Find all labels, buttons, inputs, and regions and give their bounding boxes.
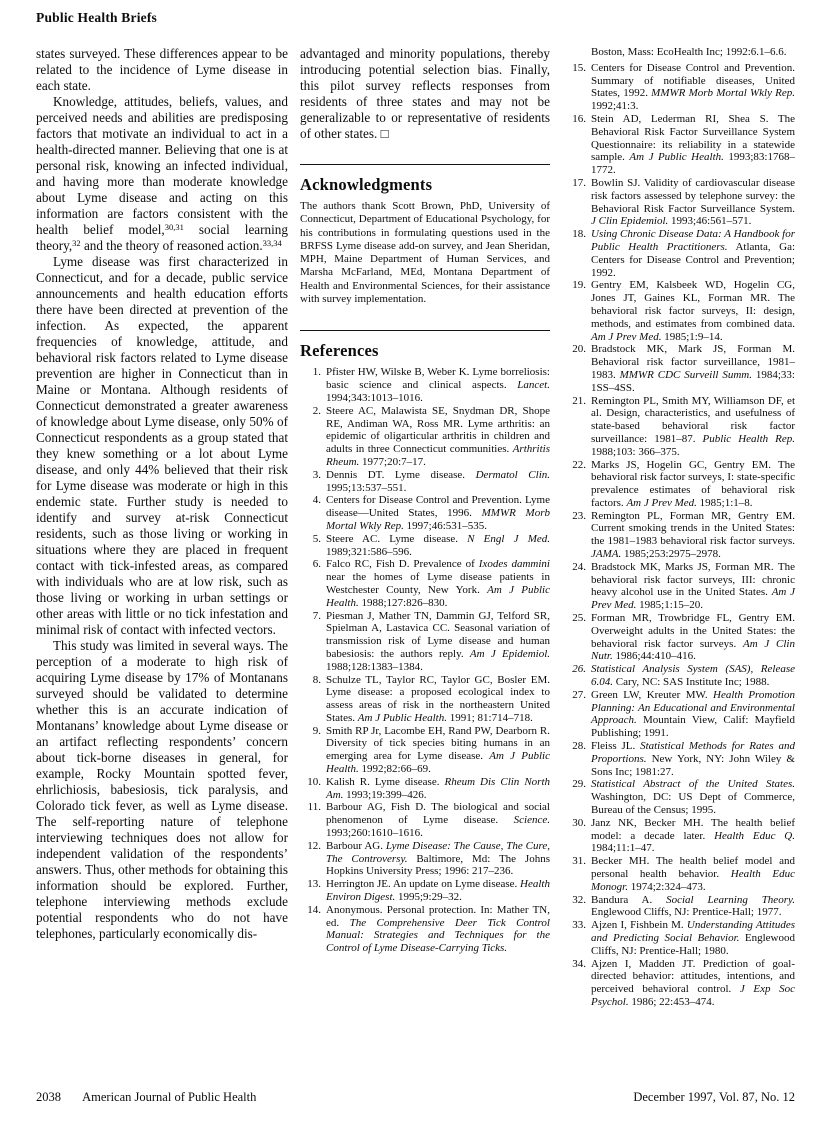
reference-number: 11. (300, 801, 326, 839)
reference-number: 5. (300, 533, 326, 559)
reference-text: Statistical Abstract of the United State… (591, 778, 795, 816)
reference-number: 27. (565, 689, 591, 740)
reference-text: Remington PL, Forman MR, Gentry EM. Curr… (591, 510, 795, 561)
reference-item: 9.Smith RP Jr, Lacombe EH, Rand PW, Dear… (300, 725, 550, 776)
page-number: 2038 (36, 1090, 61, 1104)
reference-text: Anonymous. Personal protection. In: Math… (326, 904, 550, 955)
reference-text: Pfister HW, Wilske B, Weber K. Lyme borr… (326, 366, 550, 404)
reference-item: 3.Dennis DT. Lyme disease. Dermatol Clin… (300, 469, 550, 495)
reference-number: 4. (300, 494, 326, 532)
reference-item: 2.Steere AC, Malawista SE, Snydman DR, S… (300, 405, 550, 469)
reference-item: 29.Statistical Abstract of the United St… (565, 778, 795, 816)
reference-number: 6. (300, 558, 326, 609)
journal-name: American Journal of Public Health (82, 1090, 256, 1104)
section-divider (300, 330, 550, 331)
section-divider (300, 164, 550, 165)
column-2: advantaged and minority populations, the… (300, 46, 550, 955)
journal-page: Public Health Briefs states surveyed. Th… (0, 0, 816, 1133)
reference-number: 23. (565, 510, 591, 561)
reference-text: Centers for Disease Control and Preventi… (326, 494, 550, 532)
reference-item: 11.Barbour AG, Fish D. The biological an… (300, 801, 550, 839)
reference-number: 15. (565, 62, 591, 113)
reference-item: 23.Remington PL, Forman MR, Gentry EM. C… (565, 510, 795, 561)
reference-number: 2. (300, 405, 326, 469)
acknowledgments-text: The authors thank Scott Brown, PhD, Univ… (300, 200, 550, 306)
reference-text: Schulze TL, Taylor RC, Taylor GC, Bosler… (326, 674, 550, 725)
reference-item: 6.Falco RC, Fish D. Prevalence of Ixodes… (300, 558, 550, 609)
reference-text: Falco RC, Fish D. Prevalence of Ixodes d… (326, 558, 550, 609)
reference-number: 22. (565, 459, 591, 510)
reference-item: 25.Forman MR, Trowbridge FL, Gentry EM. … (565, 612, 795, 663)
page-footer: 2038 American Journal of Public Health D… (36, 1090, 795, 1105)
reference-item: 7.Piesman J, Mather TN, Dammin GJ, Telfo… (300, 610, 550, 674)
reference-text: Green LW, Kreuter MW. Health Promotion P… (591, 689, 795, 740)
reference-text: Bandura A. Social Learning Theory. Engle… (591, 894, 795, 920)
references-heading: References (300, 341, 550, 361)
reference-item: 27.Green LW, Kreuter MW. Health Promotio… (565, 689, 795, 740)
issue-info: December 1997, Vol. 87, No. 12 (633, 1090, 795, 1105)
reference-text: Using Chronic Disease Data: A Handbook f… (591, 228, 795, 279)
reference-text: Herrington JE. An update on Lyme disease… (326, 878, 550, 904)
reference-number: 10. (300, 776, 326, 802)
reference-item: 10.Kalish R. Lyme disease. Rheum Dis Cli… (300, 776, 550, 802)
reference-number: 24. (565, 561, 591, 612)
reference-number: 18. (565, 228, 591, 279)
reference-text: Bowlin SJ. Validity of cardiovascular di… (591, 177, 795, 228)
reference-text: Marks JS, Hogelin GC, Gentry EM. The beh… (591, 459, 795, 510)
reference-text: Steere AC. Lyme disease. N Engl J Med. 1… (326, 533, 550, 559)
reference-number: 9. (300, 725, 326, 776)
reference-text: Remington PL, Smith MY, Williamson DF, e… (591, 395, 795, 459)
paragraph: states surveyed. These differences appea… (36, 46, 288, 94)
reference-number: 25. (565, 612, 591, 663)
content-columns: states surveyed. These differences appea… (36, 46, 795, 1009)
reference-number: 21. (565, 395, 591, 459)
reference-text: Centers for Disease Control and Preventi… (591, 62, 795, 113)
paragraph: This study was limited in several ways. … (36, 638, 288, 942)
reference-number: 8. (300, 674, 326, 725)
reference-item: 21.Remington PL, Smith MY, Williamson DF… (565, 395, 795, 459)
reference-number: 19. (565, 279, 591, 343)
reference-list-1: 1.Pfister HW, Wilske B, Weber K. Lyme bo… (300, 366, 550, 955)
reference-number: 16. (565, 113, 591, 177)
reference-text: Ajzen I, Fishbein M. Understanding Attit… (591, 919, 795, 957)
reference-item: 15.Centers for Disease Control and Preve… (565, 62, 795, 113)
reference-number: 3. (300, 469, 326, 495)
reference-item: 28.Fleiss JL. Statistical Methods for Ra… (565, 740, 795, 778)
reference-item: 8.Schulze TL, Taylor RC, Taylor GC, Bosl… (300, 674, 550, 725)
reference-number: 12. (300, 840, 326, 878)
reference-item: 16.Stein AD, Lederman RI, Shea S. The Be… (565, 113, 795, 177)
column-1: states surveyed. These differences appea… (36, 46, 288, 942)
reference-number: 20. (565, 343, 591, 394)
reference-item: 24.Bradstock MK, Marks JS, Forman MR. Th… (565, 561, 795, 612)
reference-number: 34. (565, 958, 591, 1009)
reference-text: Steere AC, Malawista SE, Snydman DR, Sho… (326, 405, 550, 469)
reference-number: 14. (300, 904, 326, 955)
reference-text: Becker MH. The health belief model and p… (591, 855, 795, 893)
column-3: Boston, Mass: EcoHealth Inc; 1992:6.1–6.… (565, 46, 795, 1009)
reference-item: 13.Herrington JE. An update on Lyme dise… (300, 878, 550, 904)
reference-item: 14.Anonymous. Personal protection. In: M… (300, 904, 550, 955)
reference-number: 17. (565, 177, 591, 228)
reference-text: Forman MR, Trowbridge FL, Gentry EM. Ove… (591, 612, 795, 663)
reference-item: 22.Marks JS, Hogelin GC, Gentry EM. The … (565, 459, 795, 510)
reference-item: 34.Ajzen I, Madden JT. Prediction of goa… (565, 958, 795, 1009)
reference-item: 12.Barbour AG. Lyme Disease: The Cause, … (300, 840, 550, 878)
reference-list-2: 15.Centers for Disease Control and Preve… (565, 62, 795, 1009)
footer-left: 2038 American Journal of Public Health (36, 1090, 256, 1105)
reference-text: Gentry EM, Kalsbeek WD, Hogelin CG, Jone… (591, 279, 795, 343)
reference-text: Statistical Analysis System (SAS), Relea… (591, 663, 795, 689)
reference-number: 1. (300, 366, 326, 404)
reference-text: Dennis DT. Lyme disease. Dermatol Clin. … (326, 469, 550, 495)
running-head: Public Health Briefs (36, 10, 157, 26)
reference-text: Smith RP Jr, Lacombe EH, Rand PW, Dearbo… (326, 725, 550, 776)
reference-text: Bradstock MK, Mark JS, Forman M. Behavio… (591, 343, 795, 394)
reference-number: 33. (565, 919, 591, 957)
reference-item: 26.Statistical Analysis System (SAS), Re… (565, 663, 795, 689)
reference-text: Kalish R. Lyme disease. Rheum Dis Clin N… (326, 776, 550, 802)
reference-item: 31.Becker MH. The health belief model an… (565, 855, 795, 893)
reference-number: 13. (300, 878, 326, 904)
reference-number: 29. (565, 778, 591, 816)
reference-number: 7. (300, 610, 326, 674)
reference-text: Ajzen I, Madden JT. Prediction of goal-d… (591, 958, 795, 1009)
reference-item: 33.Ajzen I, Fishbein M. Understanding At… (565, 919, 795, 957)
reference-item: 18.Using Chronic Disease Data: A Handboo… (565, 228, 795, 279)
acknowledgments-heading: Acknowledgments (300, 175, 550, 195)
reference-text: Janz NK, Becker MH. The health belief mo… (591, 817, 795, 855)
reference-item: 30.Janz NK, Becker MH. The health belief… (565, 817, 795, 855)
reference-number: 30. (565, 817, 591, 855)
paragraph: Knowledge, attitudes, beliefs, values, a… (36, 94, 288, 254)
reference-item: 17.Bowlin SJ. Validity of cardiovascular… (565, 177, 795, 228)
reference-text: Stein AD, Lederman RI, Shea S. The Behav… (591, 113, 795, 177)
reference-number: 26. (565, 663, 591, 689)
paragraph: Lyme disease was first characterized in … (36, 254, 288, 638)
reference-item: 32.Bandura A. Social Learning Theory. En… (565, 894, 795, 920)
reference-item: 20.Bradstock MK, Mark JS, Forman M. Beha… (565, 343, 795, 394)
reference-item: 5.Steere AC. Lyme disease. N Engl J Med.… (300, 533, 550, 559)
reference-item: 1.Pfister HW, Wilske B, Weber K. Lyme bo… (300, 366, 550, 404)
reference-number: 28. (565, 740, 591, 778)
reference-item: 19.Gentry EM, Kalsbeek WD, Hogelin CG, J… (565, 279, 795, 343)
reference-number: 32. (565, 894, 591, 920)
reference-item: 4.Centers for Disease Control and Preven… (300, 494, 550, 532)
paragraph-continuation: advantaged and minority populations, the… (300, 46, 550, 142)
reference-text: Fleiss JL. Statistical Methods for Rates… (591, 740, 795, 778)
reference-continuation: Boston, Mass: EcoHealth Inc; 1992:6.1–6.… (591, 46, 795, 59)
reference-text: Piesman J, Mather TN, Dammin GJ, Telford… (326, 610, 550, 674)
reference-number: 31. (565, 855, 591, 893)
reference-text: Bradstock MK, Marks JS, Forman MR. The b… (591, 561, 795, 612)
reference-text: Barbour AG. Lyme Disease: The Cause, The… (326, 840, 550, 878)
reference-text: Barbour AG, Fish D. The biological and s… (326, 801, 550, 839)
